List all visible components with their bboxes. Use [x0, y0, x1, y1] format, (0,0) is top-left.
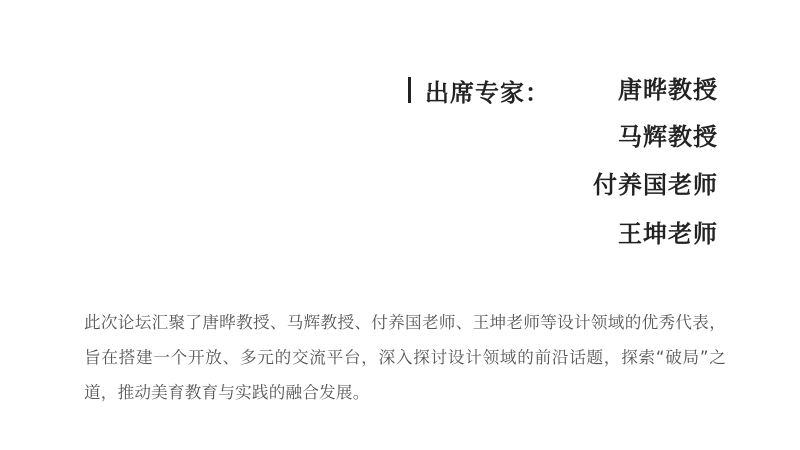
- forum-description: 此次论坛汇聚了唐晔教授、马辉教授、付养国老师、王坤老师等设计领域的优秀代表，旨在…: [84, 305, 726, 410]
- heading-accent-bar: [408, 77, 411, 103]
- expert-name: 马辉教授: [618, 119, 718, 155]
- experts-heading-label: 出席专家：: [425, 73, 550, 108]
- expert-name: 王坤老师: [618, 216, 718, 252]
- experts-section: 出席专家： 唐晔教授 马辉教授 付养国老师 王坤老师: [400, 72, 720, 262]
- experts-heading: 出席专家：: [408, 72, 550, 108]
- expert-name: 付养国老师: [593, 167, 718, 203]
- expert-name: 唐晔教授: [618, 72, 718, 108]
